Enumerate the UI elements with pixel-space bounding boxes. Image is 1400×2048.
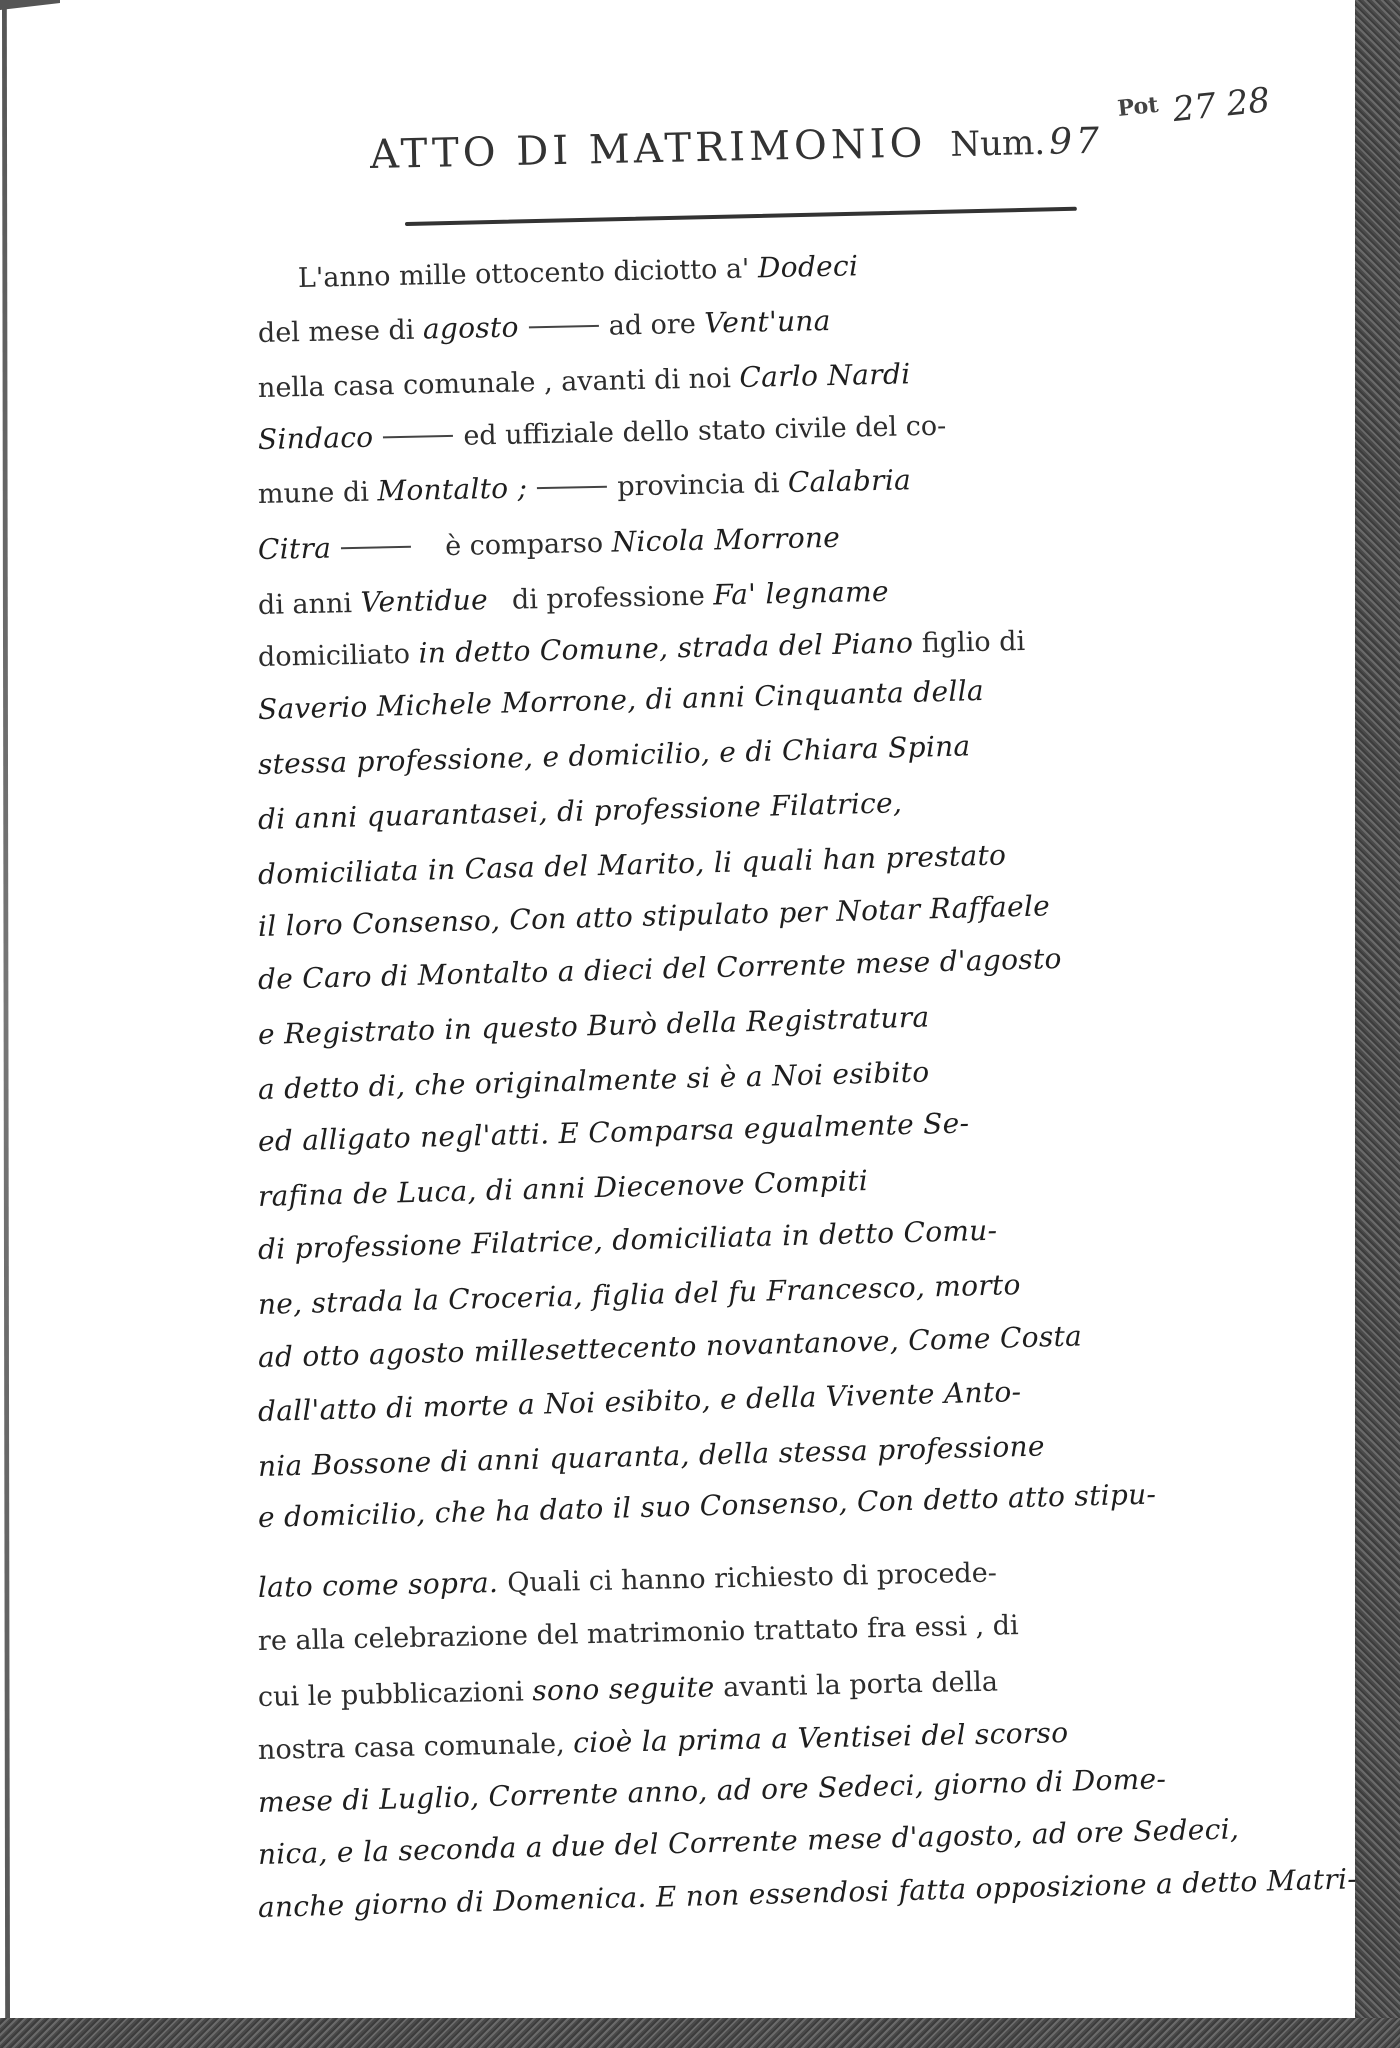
- handwritten-entry: Dodeci: [758, 249, 859, 284]
- handwritten-entry: Nicola Morrone: [611, 521, 840, 559]
- text-line: a detto di, che originalmente si è a Noi…: [257, 1052, 929, 1111]
- text-line: domiciliata in Casa del Marito, li quali…: [257, 835, 1006, 896]
- handwritten-entry: domiciliata in Casa del Marito, li quali…: [258, 838, 1007, 891]
- printed-text: ad ore: [608, 309, 704, 342]
- text-line: Sindacoed uffiziale dello stato civile d…: [258, 406, 947, 461]
- text-line: ad otto agosto millesettecento novantano…: [257, 1316, 1082, 1379]
- text-line: Saverio Michele Morrone, di anni Cinquan…: [257, 671, 984, 731]
- text-line: rafina de Luca, di anni Diecenove Compit…: [257, 1161, 868, 1218]
- handwritten-entry: Fa' legname: [713, 575, 889, 612]
- printed-text: provincia di: [617, 468, 788, 503]
- blank-filler-line: [529, 325, 599, 328]
- handwritten-entry: ad otto agosto millesettecento novantano…: [258, 1319, 1083, 1374]
- text-line: cui le pubblicazioni sono seguite avanti…: [258, 1662, 999, 1718]
- blank-filler-line: [537, 486, 607, 489]
- handwritten-entry: nica, e la seconda a due del Corrente me…: [258, 1812, 1240, 1871]
- blank-filler-line: [383, 435, 453, 438]
- handwritten-entry: rafina de Luca, di anni Diecenove Compit…: [258, 1164, 869, 1213]
- text-line: de Caro di Montalto a dieci del Corrente…: [257, 939, 1062, 1001]
- number-value: 97: [1049, 121, 1104, 163]
- printed-text: Quali ci hanno richiesto di procede-: [507, 1558, 997, 1599]
- scan-edge-bottom: [0, 2018, 1400, 2048]
- text-line: nostra casa comunale, cioè la prima a Ve…: [258, 1713, 1069, 1771]
- text-line: nia Bossone di anni quaranta, della stes…: [257, 1426, 1045, 1488]
- handwritten-entry: Ventidue: [360, 583, 488, 619]
- handwritten-entry: lato come sopra.: [258, 1566, 508, 1604]
- text-line: stessa professione, e domicilio, e di Ch…: [257, 726, 971, 786]
- printed-text: re alla celebrazione del matrimonio trat…: [258, 1610, 1019, 1657]
- handwritten-entry: stessa professione, e domicilio, e di Ch…: [258, 729, 971, 781]
- handwritten-entry: sono seguite: [532, 1670, 715, 1707]
- text-line: re alla celebrazione del matrimonio trat…: [258, 1606, 1019, 1662]
- handwritten-entry: dall'atto di morte a Noi esibito, e dell…: [258, 1375, 1022, 1428]
- text-line: del mese di agostoad ore Vent'una: [258, 301, 832, 354]
- text-line: domiciliato in detto Comune, strada del …: [258, 621, 1026, 678]
- printed-text: nostra casa comunale,: [258, 1728, 574, 1766]
- blank-filler-line: [341, 546, 411, 549]
- printed-text: di anni: [258, 588, 361, 621]
- printed-text: cui le pubblicazioni: [258, 1676, 533, 1713]
- text-line: di professione Filatrice, domiciliata in…: [257, 1211, 997, 1271]
- handwritten-entry: Sindaco: [258, 421, 374, 456]
- folio-annotation: Pot27 28: [1116, 80, 1271, 136]
- handwritten-entry: in detto Comune, strada del Piano: [418, 626, 913, 669]
- printed-text: figlio di: [913, 626, 1026, 659]
- text-line: lato come sopra. Quali ci hanno richiest…: [258, 1553, 998, 1609]
- handwritten-entry: Calabria: [788, 463, 912, 499]
- text-line: mune di Montalto ;provincia di Calabria: [258, 460, 912, 515]
- number-label: Num.: [950, 123, 1046, 165]
- handwritten-entry: Saverio Michele Morrone, di anni Cinquan…: [258, 674, 985, 726]
- printed-text: nella casa comunale , avanti di noi: [258, 363, 740, 404]
- handwritten-entry: di professione Filatrice, domiciliata in…: [258, 1214, 998, 1266]
- spacer: [488, 609, 512, 610]
- folio-label: Pot: [1116, 92, 1159, 122]
- text-line: di anni Ventiduedi professione Fa' legna…: [258, 572, 890, 626]
- text-line: Citraè comparso Nicola Morrone: [258, 518, 841, 571]
- handwritten-entry: ne, strada la Croceria, figlia del fu Fr…: [258, 1268, 1022, 1321]
- document-title: ATTO DI MATRIMONIONum.97: [370, 117, 1104, 178]
- printed-text: domiciliato: [258, 639, 419, 673]
- handwritten-entry: Citra: [258, 531, 332, 566]
- text-line: e Registrato in questo Burò della Regist…: [257, 997, 929, 1056]
- text-line: L'anno mille ottocento diciotto a' Dodec…: [298, 246, 859, 299]
- text-line: il loro Consenso, Con atto stipulato per…: [257, 886, 1050, 948]
- handwritten-entry: e Registrato in questo Burò della Regist…: [258, 1000, 930, 1051]
- printed-text: del mese di: [258, 315, 424, 349]
- handwritten-entry: e domicilio, che ha dato il suo Consenso…: [258, 1477, 1157, 1534]
- printed-text: avanti la porta della: [714, 1667, 998, 1704]
- handwritten-entry: Montalto ;: [377, 471, 528, 507]
- handwritten-entry: Vent'una: [704, 304, 831, 340]
- text-line: ne, strada la Croceria, figlia del fu Fr…: [257, 1265, 1021, 1326]
- printed-text: è comparso: [445, 528, 612, 562]
- handwritten-entry: agosto: [423, 311, 519, 346]
- scan-edge-left: [2, 8, 10, 2023]
- title-text: ATTO DI MATRIMONIO: [370, 120, 927, 178]
- printed-text: di professione: [512, 580, 714, 615]
- printed-text: mune di: [258, 477, 378, 510]
- scan-edge-top: [0, 0, 60, 10]
- text-line: ed alligato negl'atti. E Comparsa egualm…: [257, 1103, 969, 1163]
- spacer: [421, 555, 445, 556]
- handwritten-entry: Carlo Nardi: [739, 357, 911, 394]
- handwritten-entry: a detto di, che originalmente si è a Noi…: [258, 1055, 930, 1106]
- handwritten-entry: de Caro di Montalto a dieci del Corrente…: [258, 942, 1063, 996]
- title-underline: [405, 207, 1077, 226]
- printed-text: ed uffiziale dello stato civile del co-: [463, 411, 946, 452]
- handwritten-entry: il loro Consenso, Con atto stipulato per…: [258, 889, 1051, 943]
- printed-text: L'anno mille ottocento diciotto a': [298, 253, 759, 294]
- scan-edge-right: [1355, 0, 1400, 2048]
- text-line: nella casa comunale , avanti di noi Carl…: [258, 354, 911, 409]
- document-page: ATTO DI MATRIMONIONum.97 Pot27 28 L'anno…: [0, 0, 1355, 2020]
- text-line: di anni quarantasei, di professione Fila…: [257, 783, 902, 841]
- handwritten-entry: ed alligato negl'atti. E Comparsa egualm…: [258, 1106, 970, 1158]
- handwritten-entry: cioè la prima a Ventisei del scorso: [573, 1716, 1069, 1759]
- text-line: dall'atto di morte a Noi esibito, e dell…: [257, 1372, 1021, 1433]
- handwritten-entry: nia Bossone di anni quaranta, della stes…: [258, 1429, 1046, 1483]
- handwritten-entry: mese di Luglio, Corrente anno, ad ore Se…: [258, 1762, 1167, 1819]
- handwritten-entry: di anni quarantasei, di professione Fila…: [258, 786, 903, 836]
- folio-number: 27 28: [1171, 80, 1272, 130]
